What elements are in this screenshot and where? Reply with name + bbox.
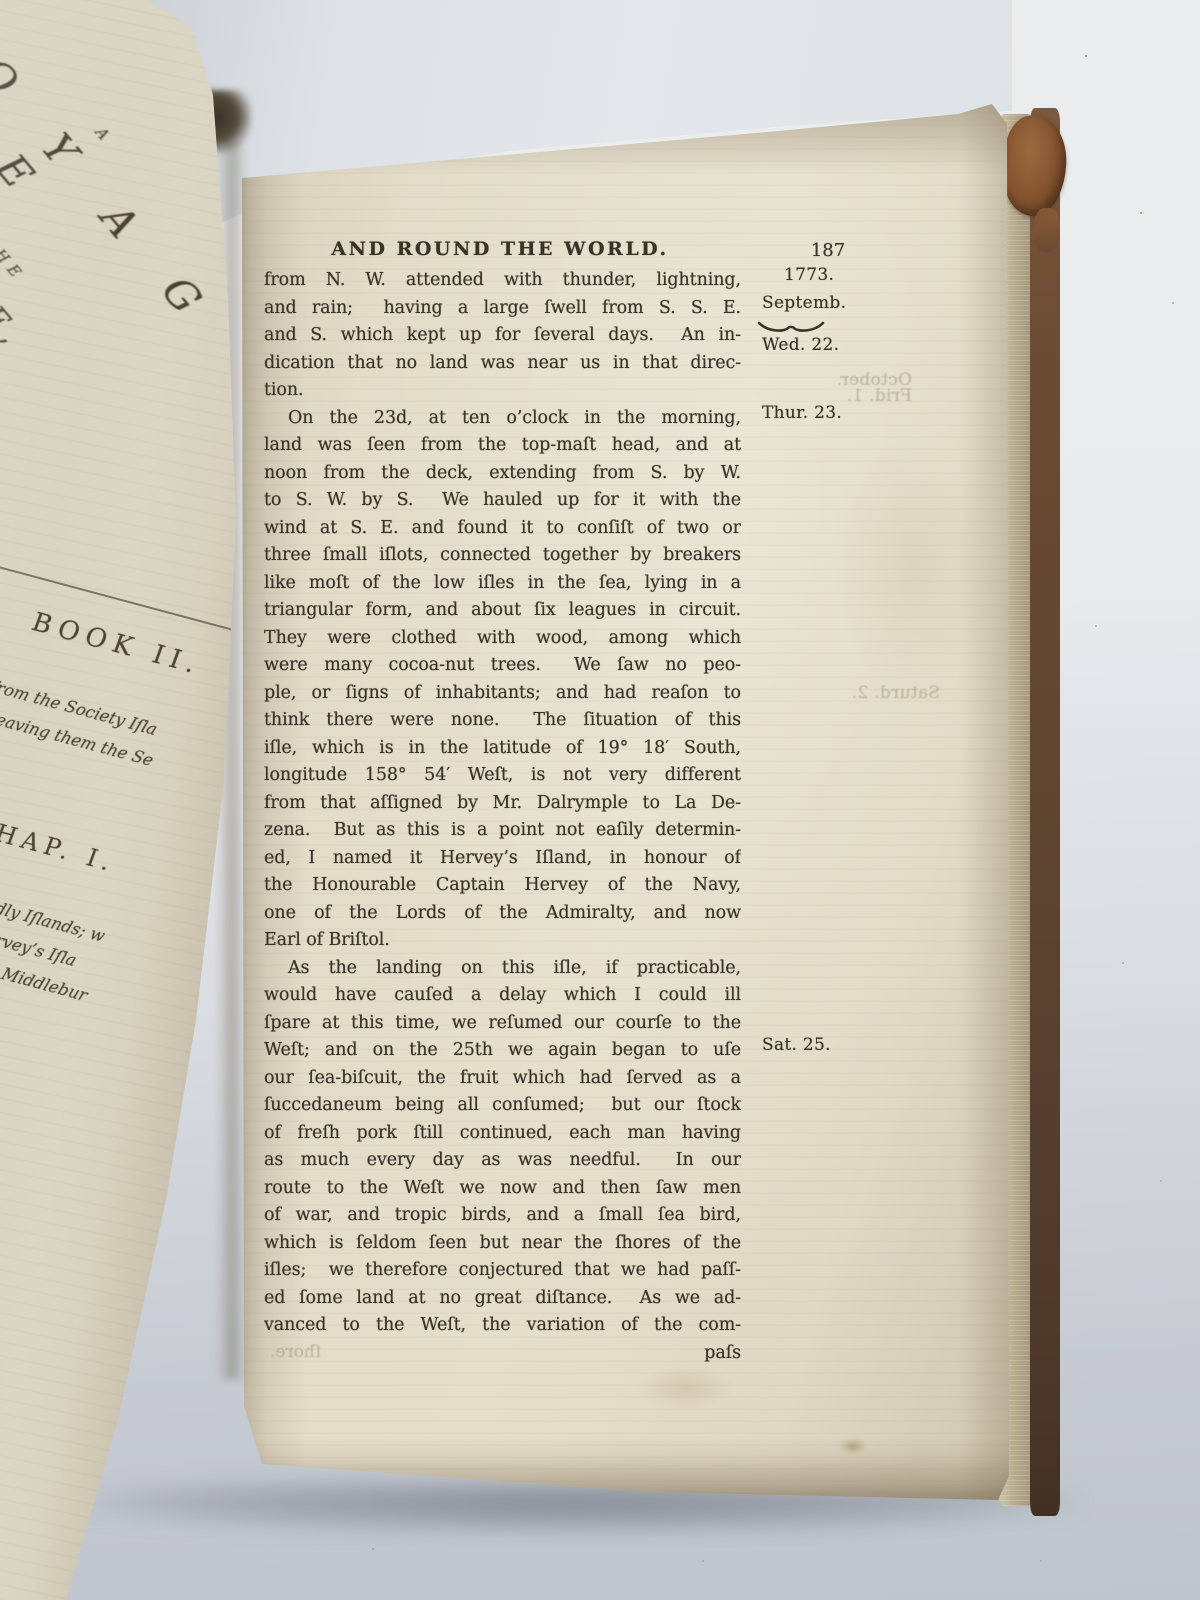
body-text-column: from N. W. attended with thunder, lightn… — [264, 267, 741, 1367]
margin-note: Sat. 25. — [762, 1035, 912, 1055]
body-line: to S. W. by S. We hauled up for it with … — [264, 487, 741, 515]
margin-note: Saturd. 2. — [790, 683, 940, 703]
body-line: ple, or ſigns of inhabitants; and had re… — [264, 680, 741, 708]
body-line: of freſh pork ſtill continued, each man … — [264, 1120, 741, 1148]
body-line: zena. But as this is a point not eaſily … — [264, 817, 741, 845]
body-line: like moſt of the low iſles in the ſea, l… — [264, 570, 741, 598]
margin-note: Wed. 22. — [762, 335, 912, 355]
body-line: three ſmall iſlots, connected together b… — [264, 542, 741, 570]
body-line: from N. W. attended with thunder, lightn… — [264, 267, 741, 295]
body-line: were many cocoa-nut trees. We ſaw no peo… — [264, 652, 741, 680]
running-header: AND ROUND THE WORLD. — [260, 238, 740, 260]
paper-stain — [828, 434, 998, 694]
body-line: noon from the deck, extending from S. by… — [264, 460, 741, 488]
right-page: AND ROUND THE WORLD. 187 from N. W. atte… — [228, 104, 1014, 1506]
body-line: land was ſeen from the top-maſt head, an… — [264, 432, 741, 460]
body-line: ſuccedaneum being all conſumed; but our … — [264, 1092, 741, 1120]
body-line: and rain; having a large ſwell from S. S… — [264, 295, 741, 323]
body-line: as much every day as was needful. In our — [264, 1147, 741, 1175]
body-line: the Honourable Captain Hervey of the Nav… — [264, 872, 741, 900]
body-line: ed, I named it Hervey’s Iſland, in honou… — [264, 845, 741, 873]
page-number: 187 — [788, 240, 868, 261]
body-line: vanced to the Weſt, the variation of the… — [264, 1312, 741, 1340]
body-line: which is ſeldom ſeen but near the ſhores… — [264, 1230, 741, 1258]
body-line: from that aſſigned by Mr. Dalrymple to L… — [264, 790, 741, 818]
body-line: of war, and tropic birds, and a ſmall ſe… — [264, 1202, 741, 1230]
show-through-text: ſhore. — [270, 1342, 321, 1362]
body-line: tion. — [264, 377, 741, 405]
body-line: think there were none. The ſituation of … — [264, 707, 741, 735]
left-page: AV O Y A G ETOWARDS THESOUTH POLE,ANDROU… — [0, 0, 250, 1600]
margin-note: Thur. 23. — [762, 403, 912, 423]
body-line: dication that no land was near us in tha… — [264, 350, 741, 378]
body-line: ed ſome land at no great diſtance. As we… — [264, 1285, 741, 1313]
body-line: our ſea-biſcuit, the fruit which had ſer… — [264, 1065, 741, 1093]
paper-stain — [636, 1366, 736, 1410]
body-line: They were clothed with wood, among which — [264, 625, 741, 653]
body-line: triangular form, and about ſix leagues i… — [264, 597, 741, 625]
body-line: Earl of Briſtol. — [264, 927, 741, 955]
paper-stain — [840, 1438, 866, 1454]
body-line: As the landing on this iſle, if practica… — [264, 955, 741, 983]
body-line: longitude 158° 54′ Weſt, is not very dif… — [264, 762, 741, 790]
body-line: iſle, which is in the latitude of 19° 18… — [264, 735, 741, 763]
body-line: and S. which kept up for ſeveral days. A… — [264, 322, 741, 350]
margin-note: 1773. — [784, 265, 934, 285]
body-line: one of the Lords of the Admiralty, and n… — [264, 900, 741, 928]
leather-cover-edge — [1030, 108, 1060, 1516]
body-line: wind at S. E. and found it to conſiſt of… — [264, 515, 741, 543]
worn-leather-fragment — [1034, 208, 1060, 252]
margin-note: Septemb. — [762, 293, 912, 313]
body-line: ſpare at this time, we reſumed our courſ… — [264, 1010, 741, 1038]
body-line: route to the Weſt we now and then ſaw me… — [264, 1175, 741, 1203]
body-line: would have cauſed a delay which I could … — [264, 982, 741, 1010]
body-line: On the 23d, at ten o’clock in the mornin… — [264, 405, 741, 433]
book-photo: AND ROUND THE WORLD. 187 from N. W. atte… — [0, 0, 1200, 1600]
body-line: iſles; we therefore conjectured that we … — [264, 1257, 741, 1285]
underbrace-icon — [756, 319, 826, 334]
body-line: paſs — [264, 1340, 741, 1368]
body-line: Weſt; and on the 25th we again began to … — [264, 1037, 741, 1065]
